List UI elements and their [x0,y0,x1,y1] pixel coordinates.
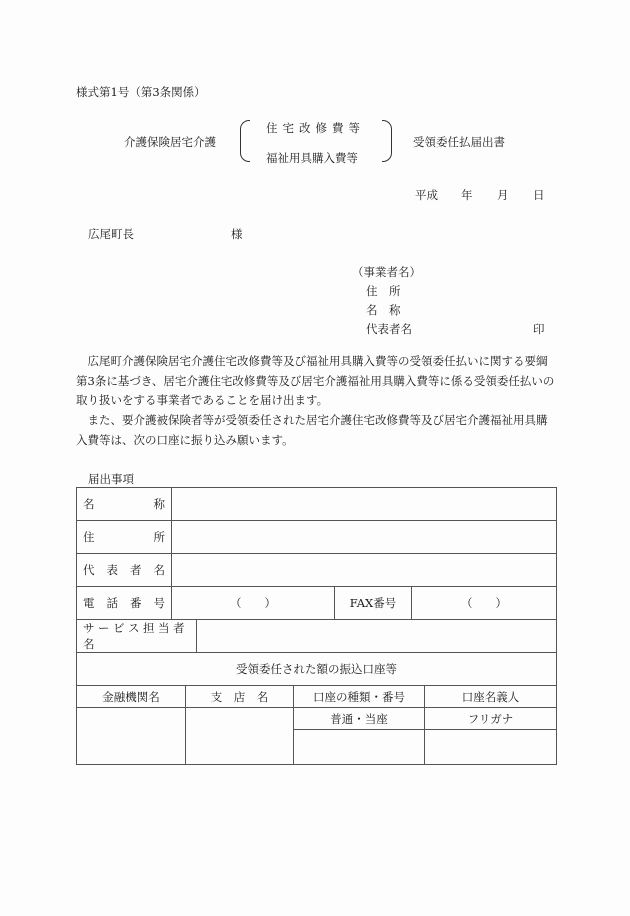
title-option-welfare: 福祉用具購入費等 [266,150,358,166]
header-account-type-number: 口座の種類・番号 [294,686,424,707]
applicant-name-label: 名 称 [366,302,401,318]
seal-mark: 印 [533,321,545,337]
fax-input[interactable]: （ ） [412,587,556,619]
date-day: 日 [533,187,545,203]
name-input[interactable] [172,488,556,520]
table-border [556,487,557,765]
address-input[interactable] [172,521,556,553]
header-account-holder: 口座名義人 [425,686,556,707]
service-contact-input[interactable] [197,620,556,652]
applicant-heading: （事業者名） [352,264,421,280]
label-name: 名 称 [77,488,171,520]
form-number: 様式第1号（第3条関係） [76,84,206,100]
date-era: 平成 [415,187,438,203]
section-label: 届出事項 [88,471,134,487]
header-bank-name: 金融機関名 [77,686,185,707]
bank-name-input[interactable] [77,708,185,764]
account-heading: 受領委任された額の振込口座等 [77,653,556,685]
account-number-input[interactable] [294,730,424,764]
right-bracket [382,120,392,162]
label-fax: FAX番号 [335,587,411,619]
applicant-rep-label: 代表者名 [366,321,412,337]
date-month: 月 [497,187,509,203]
body-paragraph-2: また、要介護被保険者等が受領委任された居宅介護住宅改修費等及び居宅介護福祉用具購… [76,411,558,450]
header-branch-name: 支 店 名 [186,686,293,707]
title-suffix: 受領委任払届出書 [413,134,505,150]
addressee-honorific: 様 [231,226,243,242]
table-border [76,764,557,765]
body-paragraph-1: 広尾町介護保険居宅介護住宅改修費等及び福祉用具購入費等の受領委任払いに関する要綱… [76,352,558,411]
branch-name-input[interactable] [186,708,293,764]
label-representative: 代 表 者 名 [77,554,171,586]
representative-input[interactable] [172,554,556,586]
label-address: 住 所 [77,521,171,553]
label-phone: 電 話 番 号 [77,587,171,619]
addressee-name: 広尾町長 [88,226,134,242]
label-service-contact: サービス担当者名 [77,620,196,652]
title-option-housing: 住宅改修費等 [266,120,365,136]
date-year: 年 [461,187,473,203]
furigana-label: フリガナ [425,708,556,729]
applicant-address-label: 住 所 [366,283,401,299]
account-type-choice[interactable]: 普通・当座 [294,708,424,729]
left-bracket [240,120,250,162]
title-prefix: 介護保険居宅介護 [124,134,216,150]
phone-input[interactable]: （ ） [172,587,334,619]
account-holder-input[interactable] [425,730,556,764]
